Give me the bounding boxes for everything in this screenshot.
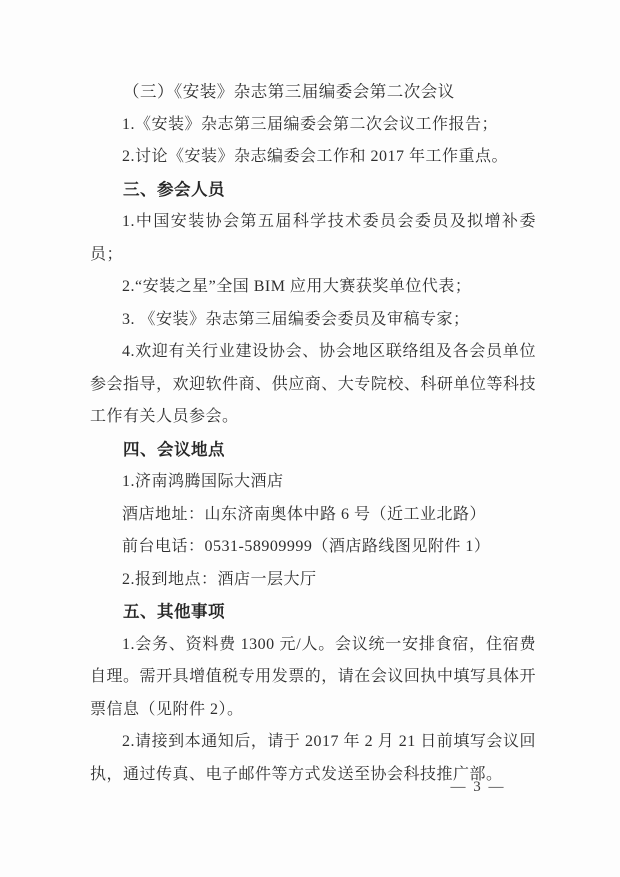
agenda-item-2: 2.讨论《安装》杂志编委会工作和 2017 年工作重点。 [90, 141, 536, 174]
attendee-item-4: 4.欢迎有关行业建设协会、协会地区联络组及各会员单位参会指导，欢迎软件商、供应商… [90, 336, 536, 434]
section-venue-heading: 四、会议地点 [90, 434, 536, 467]
other-item-fees: 1.会务、资料费 1300 元/人。会议统一安排食宿，住宿费自理。需开具增值税专… [90, 629, 536, 727]
venue-checkin-location: 2.报到地点：酒店一层大厅 [90, 564, 536, 597]
venue-hotel-name: 1.济南鸿腾国际大酒店 [90, 466, 536, 499]
section-attendees-heading: 三、参会人员 [90, 174, 536, 207]
subsection-3-title: （三）《安装》杂志第三届编委会第二次会议 [90, 76, 536, 109]
venue-hotel-phone: 前台电话：0531-58909999（酒店路线图见附件 1） [90, 531, 536, 564]
agenda-item-1: 1.《安装》杂志第三届编委会第二次会议工作报告； [90, 109, 536, 142]
attendee-item-3: 3. 《安装》杂志第三届编委会委员及审稿专家； [90, 304, 536, 337]
attendee-item-2: 2.“安装之星”全国 BIM 应用大赛获奖单位代表； [90, 271, 536, 304]
document-page: （三）《安装》杂志第三届编委会第二次会议 1.《安装》杂志第三届编委会第二次会议… [0, 0, 620, 877]
attendee-item-1: 1.中国安装协会第五届科学技术委员会委员及拟增补委员； [90, 206, 536, 271]
scanned-document: { "colors": { "paper": "#fdfdfd", "ink":… [0, 0, 620, 877]
venue-hotel-address: 酒店地址：山东济南奥体中路 6 号（近工业北路） [90, 499, 536, 532]
section-other-heading: 五、其他事项 [90, 596, 536, 629]
document-body: （三）《安装》杂志第三届编委会第二次会议 1.《安装》杂志第三届编委会第二次会议… [90, 76, 536, 791]
page-number: — 3 — [418, 779, 538, 796]
